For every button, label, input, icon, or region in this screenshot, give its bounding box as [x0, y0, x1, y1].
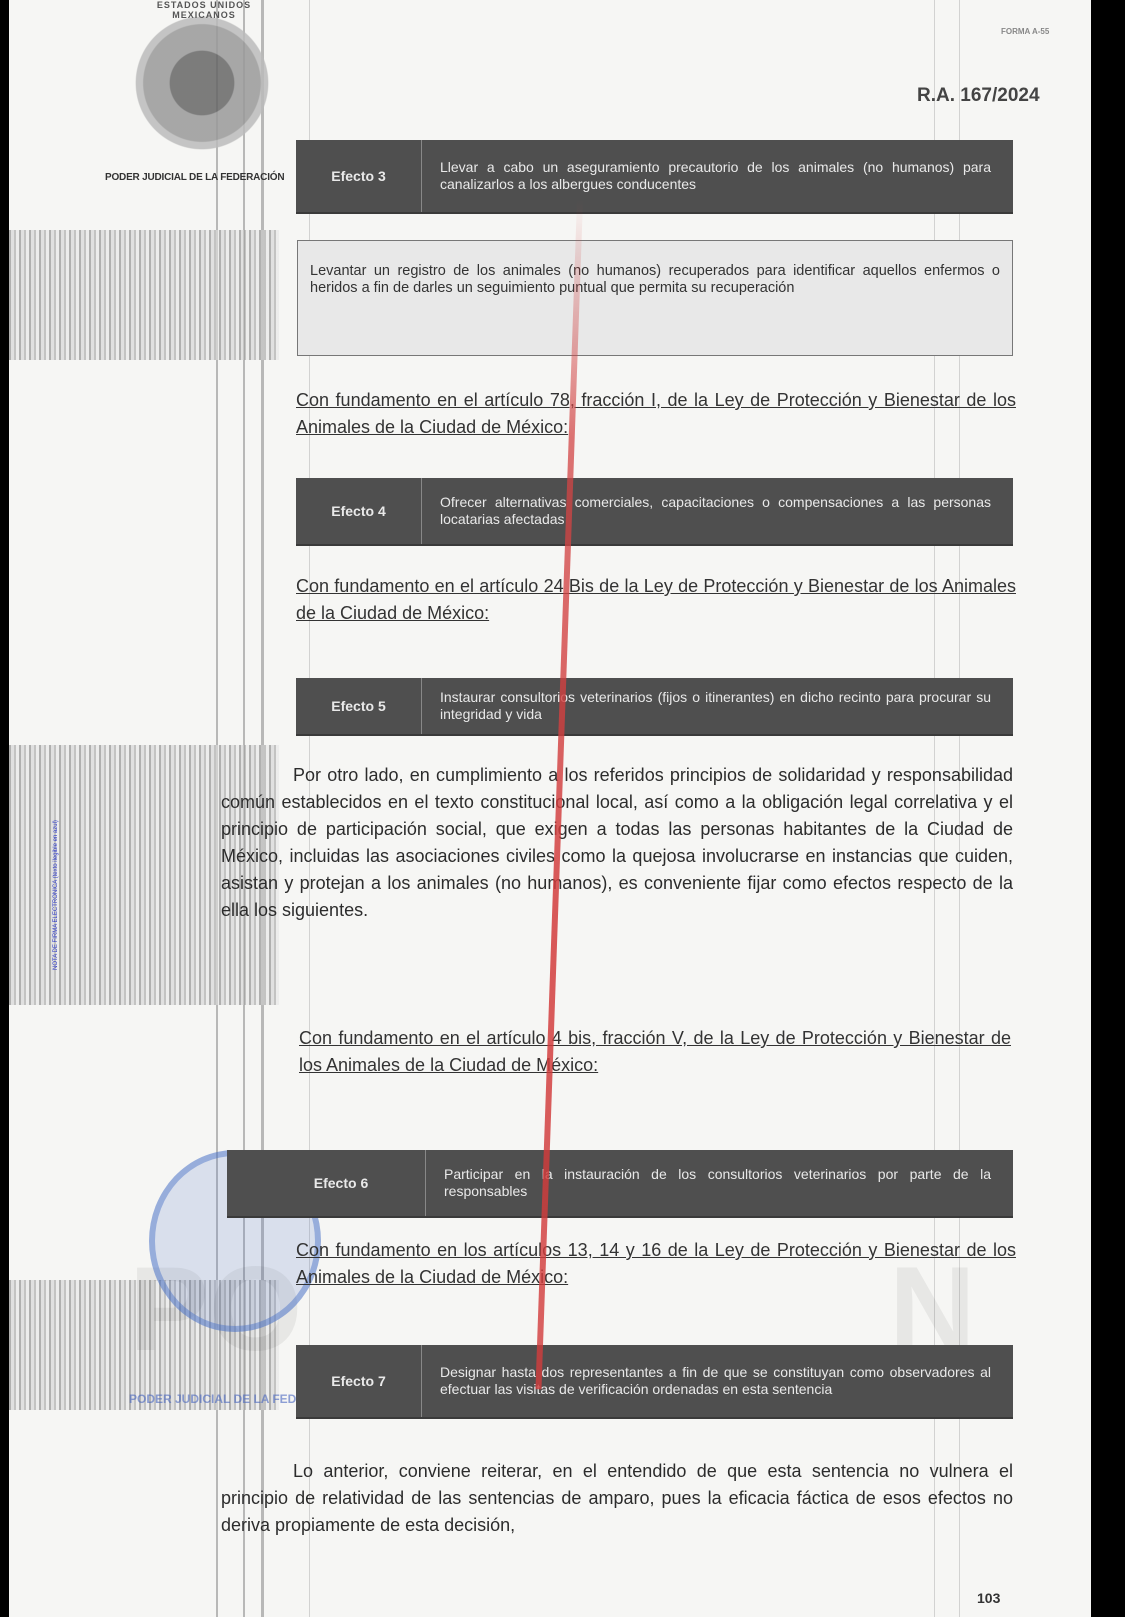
institution-name: PODER JUDICIAL DE LA FEDERACIÓN [105, 172, 284, 183]
page-number: 103 [977, 1590, 1000, 1606]
seal-caption: ESTADOS UNIDOS MEXICANOS [134, 0, 274, 60]
efecto-label: Efecto 5 [296, 678, 422, 734]
efecto-label: Efecto 4 [296, 478, 422, 544]
electronic-signature-note: NOTA DE FIRMA ELECTRÓNICA (texto ilegibl… [53, 800, 93, 970]
registro-text: Levantar un registro de los animales (no… [310, 263, 1000, 297]
case-number: R.A. 167/2024 [917, 85, 1040, 107]
efecto-text: Participar en la instauración de los con… [426, 1166, 1013, 1200]
efecto-text: Ofrecer alternativas comerciales, capaci… [422, 494, 1013, 528]
document-page: PO N ESTADOS UNIDOS MEXICANOS PODER JUDI… [9, 0, 1091, 1617]
efecto-text: Instaurar consultorios veterinarios (fij… [422, 689, 1013, 723]
efecto-label: Efecto 7 [296, 1345, 422, 1417]
efecto-4-box: Efecto 4 Ofrecer alternativas comerciale… [296, 478, 1013, 544]
fundamento-4bis: Con fundamento en el artículo 4 bis, fra… [299, 1025, 1011, 1079]
efecto-5-box: Efecto 5 Instaurar consultorios veterina… [296, 678, 1013, 734]
scan-band [9, 230, 279, 360]
paragraph-participacion: Por otro lado, en cumplimiento a los ref… [221, 762, 1013, 924]
registro-box: Levantar un registro de los animales (no… [297, 240, 1013, 356]
fundamento-78: Con fundamento en el artículo 78, fracci… [296, 387, 1016, 441]
efecto-7-box: Efecto 7 Designar hasta dos representant… [296, 1345, 1013, 1417]
efecto-label: Efecto 3 [296, 140, 422, 212]
efecto-6-box: Efecto 6 Participar en la instauración d… [227, 1150, 1013, 1216]
efecto-label: Efecto 6 [227, 1150, 426, 1216]
fundamento-13-14-16: Con fundamento en los artículos 13, 14 y… [296, 1237, 1016, 1291]
fundamento-24bis: Con fundamento en el artículo 24 Bis de … [296, 573, 1016, 627]
efecto-text: Llevar a cabo un aseguramiento precautor… [422, 159, 1013, 193]
paragraph-relatividad: Lo anterior, conviene reiterar, en el en… [221, 1458, 1013, 1539]
form-code: FORMA A-55 [1001, 27, 1049, 36]
efecto-3-box: Efecto 3 Llevar a cabo un aseguramiento … [296, 140, 1013, 212]
efecto-text: Designar hasta dos representantes a fin … [422, 1364, 1013, 1398]
